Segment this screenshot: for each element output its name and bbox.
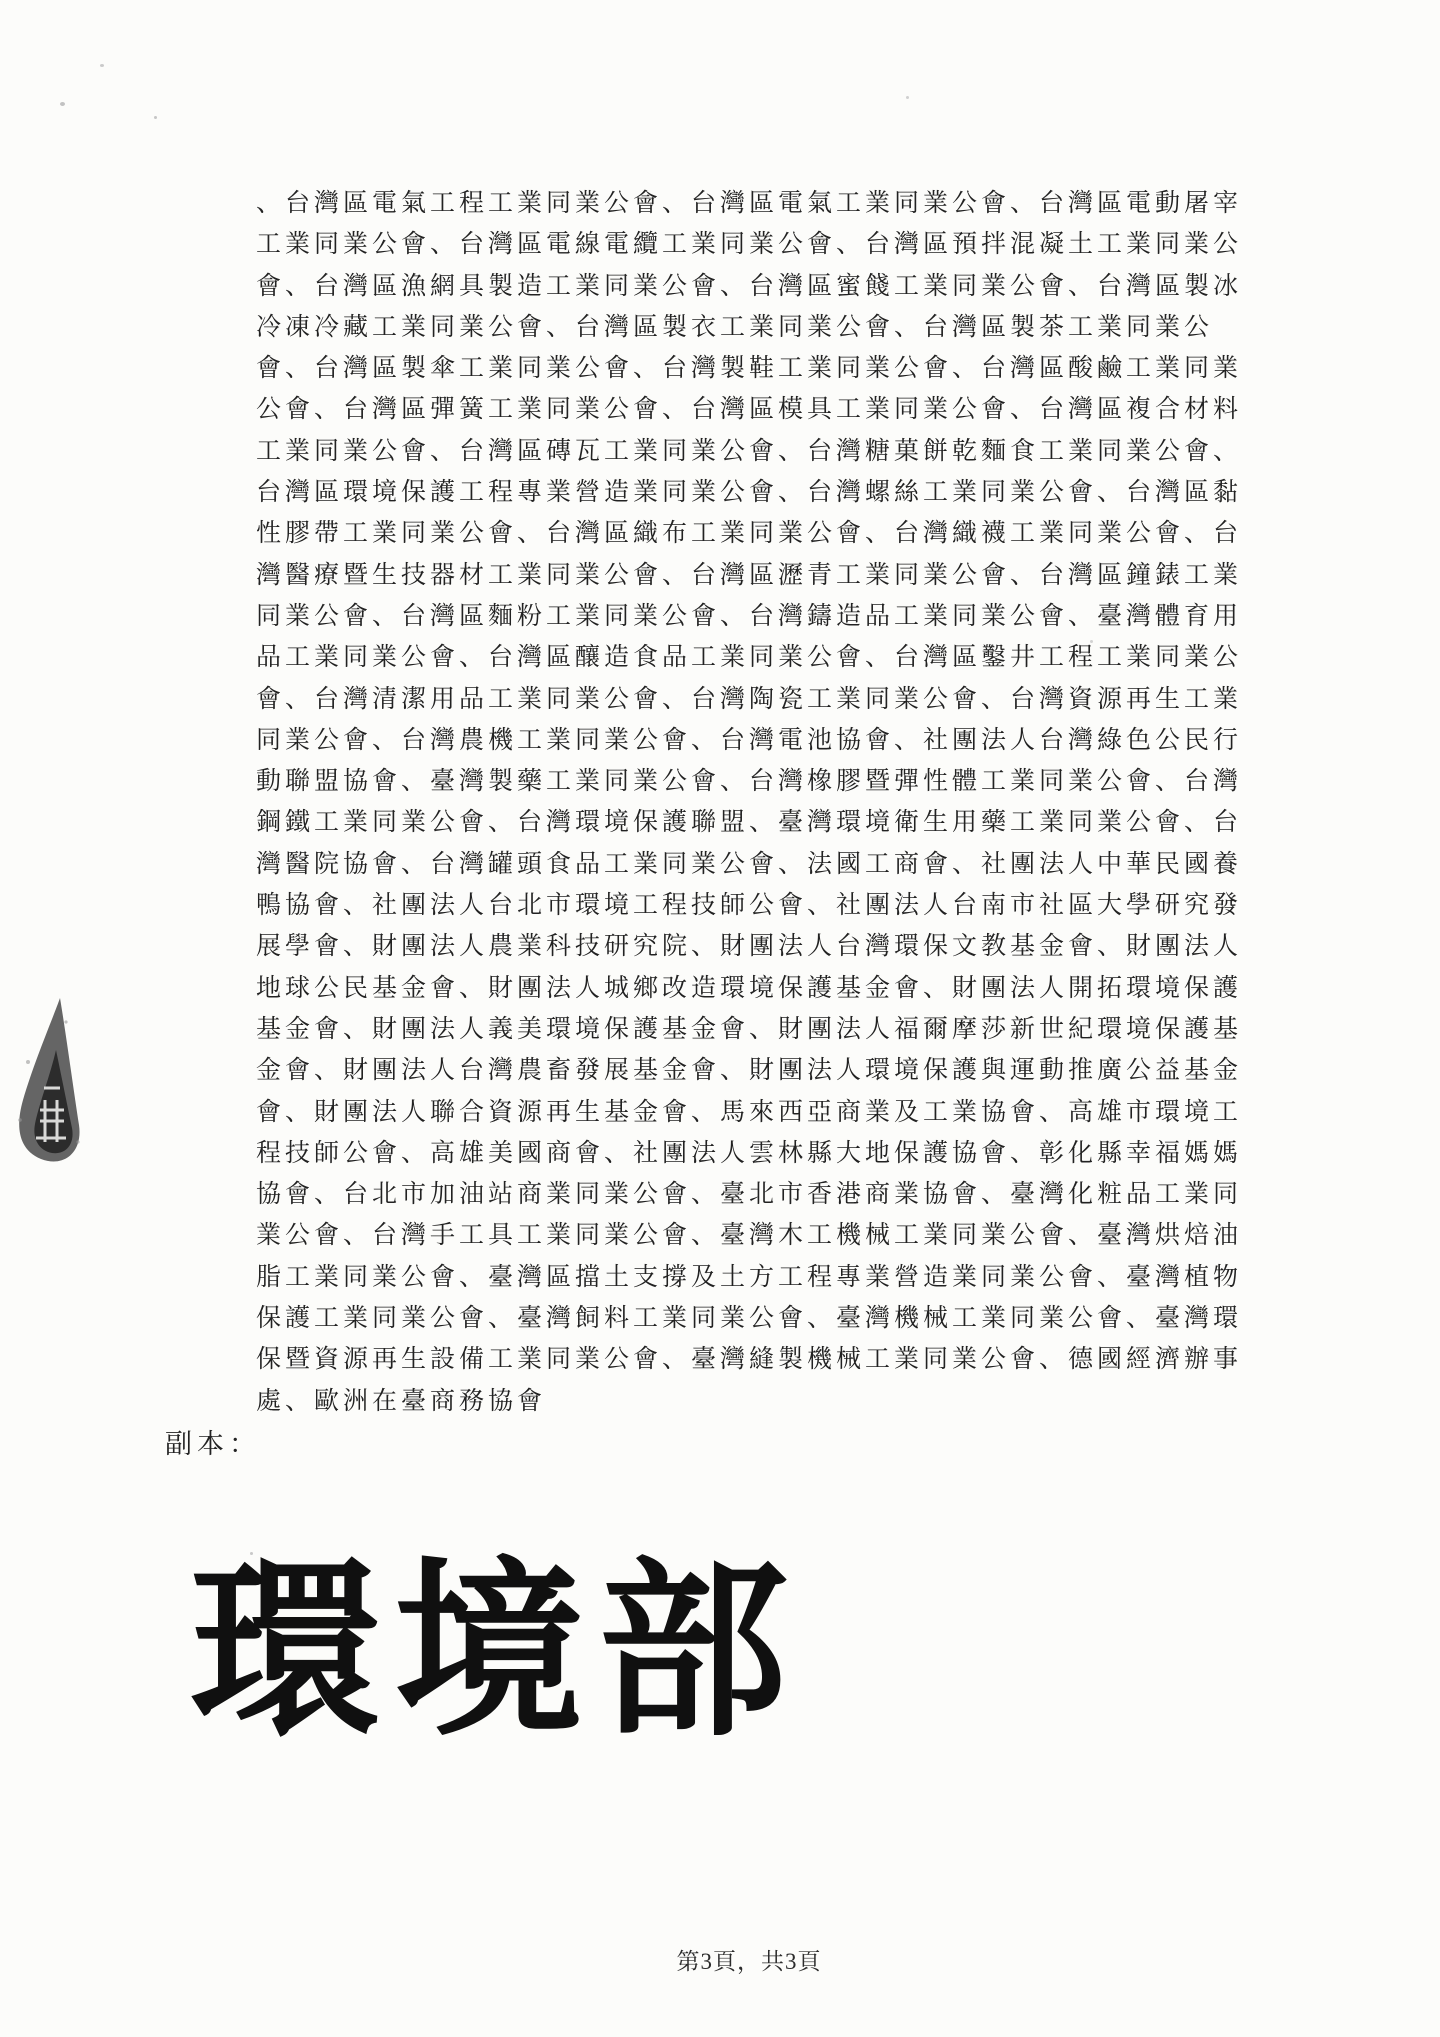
- body-text-line: 性膠帶工業同業公會、台灣區織布工業同業公會、台灣織襪工業同業公會、台: [256, 513, 1266, 554]
- body-text-line: 同業公會、台灣農機工業同業公會、台灣電池協會、社團法人台灣綠色公民行: [256, 720, 1266, 761]
- body-text-line: 業公會、台灣手工具工業同業公會、臺灣木工機械工業同業公會、臺灣烘焙油: [256, 1215, 1266, 1256]
- scan-speck: [60, 102, 65, 106]
- body-text-line: 處、歐洲在臺商務協會: [256, 1381, 1266, 1422]
- body-text-line: 會、台灣區漁網具製造工業同業公會、台灣區蜜餞工業同業公會、台灣區製冰: [256, 266, 1266, 307]
- body-text-line: 展學會、財團法人農業科技研究院、財團法人台灣環保文教基金會、財團法人: [256, 926, 1266, 967]
- body-text-line: 鴨協會、社團法人台北市環境工程技師公會、社團法人台南市社區大學研究發: [256, 885, 1266, 926]
- body-text-line: 灣醫療暨生技器材工業同業公會、台灣區瀝青工業同業公會、台灣區鐘錶工業: [256, 555, 1266, 596]
- body-text-line: 工業同業公會、台灣區磚瓦工業同業公會、台灣糖菓餅乾麵食工業同業公會、: [256, 431, 1266, 472]
- scan-speck: [906, 96, 909, 99]
- recipient-list: 、台灣區電氣工程工業同業公會、台灣區電氣工業同業公會、台灣區電動屠宰工業同業公會…: [256, 183, 1266, 1422]
- body-text-line: 地球公民基金會、財團法人城鄉改造環境保護基金會、財團法人開拓環境保護: [256, 968, 1266, 1009]
- ministry-signature: 環境部: [190, 1540, 802, 1768]
- body-text-line: 公會、台灣區彈簧工業同業公會、台灣區模具工業同業公會、台灣區複合材料: [256, 389, 1266, 430]
- page-number: 第3頁，共3頁: [0, 1943, 1440, 1976]
- body-text-line: 協會、台北市加油站商業同業公會、臺北市香港商業協會、臺灣化粧品工業同: [256, 1174, 1266, 1215]
- scan-speck: [154, 116, 157, 119]
- body-text-line: 保護工業同業公會、臺灣飼料工業同業公會、臺灣機械工業同業公會、臺灣環: [256, 1298, 1266, 1339]
- scan-speck: [1090, 640, 1093, 643]
- document-page: 、台灣區電氣工程工業同業公會、台灣區電氣工業同業公會、台灣區電動屠宰工業同業公會…: [0, 0, 1440, 2037]
- scan-speck: [100, 64, 104, 67]
- body-text-line: 基金會、財團法人義美環境保護基金會、財團法人福爾摩莎新世紀環境保護基: [256, 1009, 1266, 1050]
- body-text-line: 會、台灣區製傘工業同業公會、台灣製鞋工業同業公會、台灣區酸鹼工業同業: [256, 348, 1266, 389]
- body-text-line: 會、財團法人聯合資源再生基金會、馬來西亞商業及工業協會、高雄市環境工: [256, 1092, 1266, 1133]
- body-text-line: 品工業同業公會、台灣區釀造食品工業同業公會、台灣區鑿井工程工業同業公: [256, 637, 1266, 678]
- body-text-line: 保暨資源再生設備工業同業公會、臺灣縫製機械工業同業公會、德國經濟辦事: [256, 1339, 1266, 1380]
- body-text-line: 動聯盟協會、臺灣製藥工業同業公會、台灣橡膠暨彈性體工業同業公會、台灣: [256, 761, 1266, 802]
- ink-seal-icon: [6, 992, 90, 1170]
- scan-speck: [250, 1552, 253, 1555]
- body-text-line: 灣醫院協會、台灣罐頭食品工業同業公會、法國工商會、社團法人中華民國養: [256, 844, 1266, 885]
- body-text-line: 會、台灣清潔用品工業同業公會、台灣陶瓷工業同業公會、台灣資源再生工業: [256, 679, 1266, 720]
- body-text-line: 脂工業同業公會、臺灣區擋土支撐及土方工程專業營造業同業公會、臺灣植物: [256, 1257, 1266, 1298]
- body-text-line: 台灣區環境保護工程專業營造業同業公會、台灣螺絲工業同業公會、台灣區黏: [256, 472, 1266, 513]
- copy-label: 副本：: [165, 1422, 261, 1461]
- body-text-line: 程技師公會、高雄美國商會、社團法人雲林縣大地保護協會、彰化縣幸福媽媽: [256, 1133, 1266, 1174]
- body-text-line: 同業公會、台灣區麵粉工業同業公會、台灣鑄造品工業同業公會、臺灣體育用: [256, 596, 1266, 637]
- body-text-line: 冷凍冷藏工業同業公會、台灣區製衣工業同業公會、台灣區製茶工業同業公: [256, 307, 1266, 348]
- body-text-line: 、台灣區電氣工程工業同業公會、台灣區電氣工業同業公會、台灣區電動屠宰: [256, 183, 1266, 224]
- body-text-line: 金會、財團法人台灣農畜發展基金會、財團法人環境保護與運動推廣公益基金: [256, 1050, 1266, 1091]
- body-text-line: 工業同業公會、台灣區電線電纜工業同業公會、台灣區預拌混凝土工業同業公: [256, 224, 1266, 265]
- body-text-line: 鋼鐵工業同業公會、台灣環境保護聯盟、臺灣環境衛生用藥工業同業公會、台: [256, 802, 1266, 843]
